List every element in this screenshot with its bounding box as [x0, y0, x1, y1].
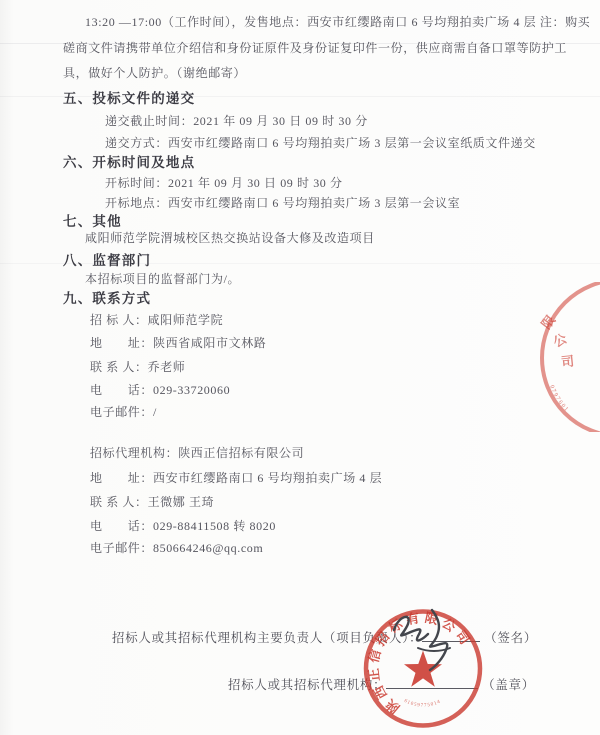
agency-contact: 联 系 人：王微娜 王琦: [90, 493, 214, 510]
agency-email: 电子邮件：850664246@qq.com: [90, 539, 263, 556]
signature-row-1-label: 招标人或其招标代理机构主要负责人（项目负责人）：: [112, 631, 422, 645]
side-seal-char-2: 公: [549, 328, 569, 351]
signature-row-2-label: 招标人或其招标代理机构：: [228, 678, 386, 692]
stamp-blank: [386, 676, 478, 689]
main-seal-company-text: 陕西正信招标有限公司: [365, 610, 474, 717]
document-page: 13:20 —17:00（工作时间），发售地点：西安市红缨路南口 6 号均翔拍卖…: [0, 0, 600, 735]
tenderer-phone: 电 话：029-33720060: [90, 381, 230, 398]
tenderer-email: 电子邮件：/: [90, 403, 157, 420]
intro-line-3: 具，做好个人防护。（谢绝邮寄）: [63, 64, 246, 81]
agency-address: 地 址：西安市红缨路南口 6 号均翔拍卖广场 4 层: [90, 469, 382, 486]
tenderer-address: 地 址：陕西省咸阳市文林路: [90, 334, 266, 351]
agency-name: 招标代理机构：陕西正信招标有限公司: [90, 444, 304, 461]
section-5-deadline: 递交截止时间：2021 年 09 月 30 日 09 时 30 分: [105, 112, 368, 129]
agency-company-seal: 陕西正信招标有限公司 6105977501419: [360, 602, 486, 735]
section-6-open-place: 开标地点：西安市红缨路南口 6 号均翔拍卖广场 3 层第一会议室: [105, 194, 460, 211]
side-seal-code: 0797601: [548, 384, 570, 413]
intro-line-1: 13:20 —17:00（工作时间），发售地点：西安市红缨路南口 6 号均翔拍卖…: [85, 13, 590, 30]
tenderer-contact: 联 系 人：乔老师: [90, 358, 185, 375]
signature-row-2-suffix: （盖章）: [482, 678, 535, 692]
tenderer-name: 招 标 人：咸阳师范学院: [90, 311, 223, 328]
section-6-heading: 六、开标时间及地点: [63, 151, 195, 171]
section-5-method: 递交方式：西安市红缨路南口 6 号均翔拍卖广场 3 层第一会议室纸质文件递交: [105, 134, 536, 151]
section-8-content: 本招标项目的监督部门为/。: [85, 270, 240, 287]
section-5-heading: 五、投标文件的递交: [63, 87, 195, 107]
signature-row-responsible: 招标人或其招标代理机构主要负责人（项目负责人）： （签名）: [112, 628, 537, 646]
section-6-open-time: 开标时间：2021 年 09 月 30 日 09 时 30 分: [105, 174, 343, 191]
intro-line-2: 磋商文件请携带单位介绍信和身份证原件及身份证复印件一份，供应商需自备口罩等防护工: [63, 39, 567, 56]
signature-row-1-suffix: （签名）: [484, 631, 537, 645]
side-seal-char-3: 司: [560, 350, 575, 370]
section-8-heading: 八、监督部门: [63, 249, 151, 269]
side-company-seal: 0797601: [524, 282, 600, 432]
section-9-heading: 九、联系方式: [63, 287, 151, 307]
svg-text:0797601: 0797601: [548, 384, 570, 413]
section-7-heading: 七、其他: [63, 210, 122, 230]
side-seal-char-1: 限: [536, 311, 559, 333]
signature-blank: [422, 629, 480, 642]
svg-text:陕西正信招标有限公司: 陕西正信招标有限公司: [365, 610, 474, 717]
section-7-content: 咸阳师范学院渭城校区热交换站设备大修及改造项目: [85, 229, 375, 246]
signature-row-agency: 招标人或其招标代理机构： （盖章）: [228, 675, 535, 693]
agency-phone: 电 话：029-88411508 转 8020: [90, 517, 276, 534]
